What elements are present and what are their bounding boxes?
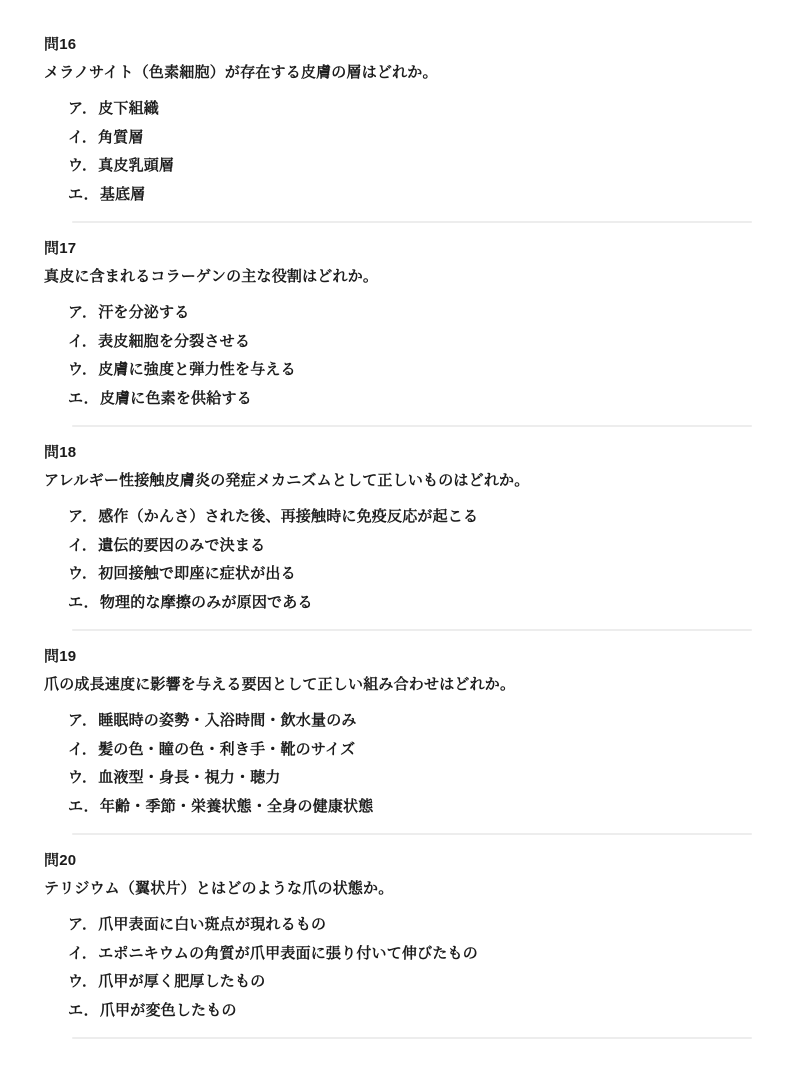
question-divider (72, 221, 752, 223)
question-text: メラノサイト（色素細胞）が存在する皮膚の層はどれか。 (44, 62, 758, 83)
option-label: エ． (68, 1002, 99, 1019)
exam-page: 問16 メラノサイト（色素細胞）が存在する皮膚の層はどれか。 ア．皮下組織 イ．… (0, 0, 802, 1039)
answer-option: ア．爪甲表面に白い斑点が現れるもの (68, 911, 758, 940)
answer-option: エ．皮膚に色素を供給する (68, 385, 758, 414)
answer-option: ア．感作（かんさ）された後、再接触時に免疫反応が起こる (68, 503, 758, 532)
question-block: 問18 アレルギー性接触皮膚炎の発症メカニズムとして正しいものはどれか。 ア．感… (44, 442, 758, 631)
option-text: 髪の色・瞳の色・利き手・靴のサイズ (98, 741, 355, 758)
question-divider (72, 833, 752, 835)
option-text: 汗を分泌する (98, 304, 189, 321)
question-number: 問20 (44, 850, 758, 871)
option-label: ウ． (68, 769, 97, 786)
option-text: 初回接触で即座に症状が出る (98, 565, 296, 582)
answer-option: ア．皮下組織 (68, 95, 758, 124)
option-text: エポニキウムの角質が爪甲表面に張り付いて伸びたもの (98, 945, 478, 962)
question-text: アレルギー性接触皮膚炎の発症メカニズムとして正しいものはどれか。 (44, 470, 758, 491)
option-label: イ． (68, 129, 97, 146)
option-label: ア． (68, 712, 97, 729)
option-text: 爪甲が変色したもの (100, 1002, 237, 1019)
options-list: ア．感作（かんさ）された後、再接触時に免疫反応が起こる イ．遺伝的要因のみで決ま… (44, 503, 758, 617)
answer-option: ウ．皮膚に強度と弾力性を与える (68, 356, 758, 385)
question-number: 問17 (44, 238, 758, 259)
option-text: 皮膚に強度と弾力性を与える (98, 361, 296, 378)
option-text: 感作（かんさ）された後、再接触時に免疫反応が起こる (98, 508, 478, 525)
option-label: エ． (68, 594, 99, 611)
option-text: 角質層 (98, 129, 144, 146)
question-divider (72, 629, 752, 631)
answer-option: ウ．真皮乳頭層 (68, 152, 758, 181)
option-text: 皮下組織 (98, 100, 159, 117)
question-divider (72, 1037, 752, 1039)
question-number: 問18 (44, 442, 758, 463)
answer-option: イ．髪の色・瞳の色・利き手・靴のサイズ (68, 736, 758, 765)
option-text: 真皮乳頭層 (98, 157, 174, 174)
question-block: 問17 真皮に含まれるコラーゲンの主な役割はどれか。 ア．汗を分泌する イ．表皮… (44, 238, 758, 427)
question-number: 問16 (44, 34, 758, 55)
option-text: 爪甲表面に白い斑点が現れるもの (98, 916, 326, 933)
question-text: 爪の成長速度に影響を与える要因として正しい組み合わせはどれか。 (44, 674, 758, 695)
question-number: 問19 (44, 646, 758, 667)
option-label: イ． (68, 945, 97, 962)
option-label: ア． (68, 100, 97, 117)
option-label: イ． (68, 537, 97, 554)
answer-option: ア．睡眠時の姿勢・入浴時間・飲水量のみ (68, 707, 758, 736)
option-text: 基底層 (100, 186, 146, 203)
option-text: 睡眠時の姿勢・入浴時間・飲水量のみ (98, 712, 356, 729)
option-text: 表皮細胞を分裂させる (98, 333, 250, 350)
question-text: 真皮に含まれるコラーゲンの主な役割はどれか。 (44, 266, 758, 287)
options-list: ア．爪甲表面に白い斑点が現れるもの イ．エポニキウムの角質が爪甲表面に張り付いて… (44, 911, 758, 1025)
option-label: イ． (68, 333, 97, 350)
option-label: エ． (68, 390, 99, 407)
option-label: イ． (68, 741, 97, 758)
answer-option: ウ．血液型・身長・視力・聴力 (68, 764, 758, 793)
answer-option: イ．表皮細胞を分裂させる (68, 328, 758, 357)
question-block: 問19 爪の成長速度に影響を与える要因として正しい組み合わせはどれか。 ア．睡眠… (44, 646, 758, 835)
answer-option: エ．年齢・季節・栄養状態・全身の健康状態 (68, 793, 758, 822)
answer-option: ウ．爪甲が厚く肥厚したもの (68, 968, 758, 997)
option-text: 物理的な摩擦のみが原因である (100, 594, 313, 611)
option-text: 遺伝的要因のみで決まる (98, 537, 265, 554)
answer-option: ア．汗を分泌する (68, 299, 758, 328)
option-label: ウ． (68, 361, 97, 378)
options-list: ア．睡眠時の姿勢・入浴時間・飲水量のみ イ．髪の色・瞳の色・利き手・靴のサイズ … (44, 707, 758, 821)
answer-option: エ．物理的な摩擦のみが原因である (68, 589, 758, 618)
option-label: ア． (68, 304, 97, 321)
answer-option: イ．角質層 (68, 124, 758, 153)
option-label: ウ． (68, 157, 97, 174)
question-block: 問16 メラノサイト（色素細胞）が存在する皮膚の層はどれか。 ア．皮下組織 イ．… (44, 34, 758, 223)
answer-option: イ．エポニキウムの角質が爪甲表面に張り付いて伸びたもの (68, 940, 758, 969)
options-list: ア．汗を分泌する イ．表皮細胞を分裂させる ウ．皮膚に強度と弾力性を与える エ．… (44, 299, 758, 413)
option-label: ア． (68, 508, 97, 525)
option-text: 血液型・身長・視力・聴力 (98, 769, 280, 786)
answer-option: エ．爪甲が変色したもの (68, 997, 758, 1026)
option-label: ア． (68, 916, 97, 933)
option-text: 皮膚に色素を供給する (100, 390, 252, 407)
question-text: テリジウム（翼状片）とはどのような爪の状態か。 (44, 878, 758, 899)
option-text: 爪甲が厚く肥厚したもの (98, 973, 265, 990)
answer-option: ウ．初回接触で即座に症状が出る (68, 560, 758, 589)
option-label: ウ． (68, 565, 97, 582)
question-block: 問20 テリジウム（翼状片）とはどのような爪の状態か。 ア．爪甲表面に白い斑点が… (44, 850, 758, 1039)
option-text: 年齢・季節・栄養状態・全身の健康状態 (100, 798, 374, 815)
answer-option: エ．基底層 (68, 181, 758, 210)
answer-option: イ．遺伝的要因のみで決まる (68, 532, 758, 561)
question-divider (72, 425, 752, 427)
options-list: ア．皮下組織 イ．角質層 ウ．真皮乳頭層 エ．基底層 (44, 95, 758, 209)
option-label: エ． (68, 798, 99, 815)
option-label: エ． (68, 186, 99, 203)
option-label: ウ． (68, 973, 97, 990)
